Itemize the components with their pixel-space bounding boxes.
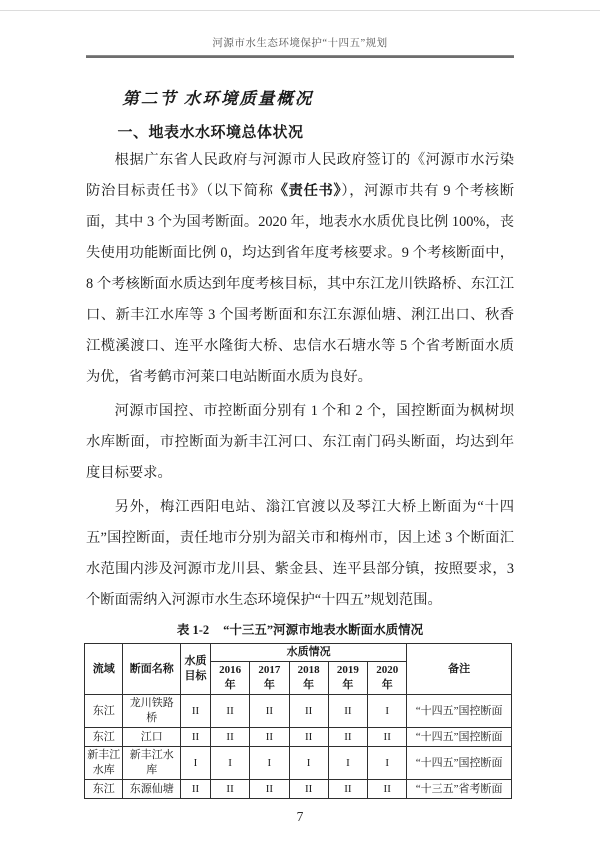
body-text: 根据广东省人民政府与河源市人民政府签订的《河源市水污染防治目标责任书》（以下简称… bbox=[86, 145, 514, 616]
cell-2017: II bbox=[250, 728, 289, 747]
cell-target: II bbox=[181, 695, 211, 728]
table-caption-title: “十三五”河源市地表水断面水质情况 bbox=[223, 623, 423, 637]
cell-basin: 东江 bbox=[85, 695, 123, 728]
section-heading: 第二节 水环境质量概况 bbox=[86, 87, 514, 110]
page-header: 河源市水生态环境保护“十四五”规划 bbox=[86, 0, 514, 58]
col-header-remark: 备注 bbox=[407, 644, 512, 695]
cell-2016: II bbox=[210, 780, 249, 799]
cell-2019: II bbox=[328, 780, 367, 799]
cell-2020: II bbox=[368, 780, 407, 799]
cell-2018: II bbox=[289, 695, 328, 728]
col-header-year-2019: 2019 年 bbox=[328, 662, 367, 695]
header-rule bbox=[86, 55, 514, 58]
cell-remark: “十四五”国控断面 bbox=[407, 728, 512, 747]
paragraph-3: 另外，梅江西阳电站、滃江官渡以及琴江大桥上断面为“十四五”国控断面，责任地市分别… bbox=[86, 492, 514, 616]
page-number: 7 bbox=[86, 808, 514, 826]
cell-remark: “十四五”国控断面 bbox=[407, 747, 512, 780]
water-quality-table: 流域 断面名称 水质目标 水质情况 备注 2016 年 2017 年 2018 … bbox=[84, 643, 512, 799]
cell-2019: II bbox=[328, 728, 367, 747]
cell-remark: “十三五”省考断面 bbox=[407, 780, 512, 799]
cell-2020: I bbox=[368, 747, 407, 780]
cell-target: I bbox=[181, 747, 211, 780]
table-header-row-1: 流域 断面名称 水质目标 水质情况 备注 bbox=[85, 644, 512, 662]
paragraph-1-bold-term: 《责任书》 bbox=[274, 183, 342, 199]
col-header-target: 水质目标 bbox=[181, 644, 211, 695]
running-header-title: 河源市水生态环境保护“十四五”规划 bbox=[86, 37, 514, 51]
cell-2017: II bbox=[250, 780, 289, 799]
table-row: 东江 龙川铁路桥 II II II II II I “十四五”国控断面 bbox=[85, 695, 512, 728]
table-caption: 表 1-2“十三五”河源市地表水断面水质情况 bbox=[86, 622, 514, 639]
cell-basin: 东江 bbox=[85, 728, 123, 747]
cell-2018: II bbox=[289, 780, 328, 799]
cell-section: 新丰江水库 bbox=[123, 747, 181, 780]
col-header-section-name: 断面名称 bbox=[123, 644, 181, 695]
cell-2020: I bbox=[368, 695, 407, 728]
col-header-year-2020: 2020 年 bbox=[368, 662, 407, 695]
cell-2018: II bbox=[289, 728, 328, 747]
page-top-edge bbox=[0, 10, 600, 11]
table-row: 新丰江水库 新丰江水库 I I I I I I “十四五”国控断面 bbox=[85, 747, 512, 780]
cell-basin: 东江 bbox=[85, 780, 123, 799]
cell-2018: I bbox=[289, 747, 328, 780]
cell-2016: II bbox=[210, 728, 249, 747]
cell-section: 江口 bbox=[123, 728, 181, 747]
col-header-year-2018: 2018 年 bbox=[289, 662, 328, 695]
cell-2017: I bbox=[250, 747, 289, 780]
paragraph-1-text-after: ），河源市共有 9 个考核断面，其中 3 个为国考断面。2020 年，地表水水质… bbox=[86, 183, 514, 385]
cell-section: 东源仙塘 bbox=[123, 780, 181, 799]
cell-2019: II bbox=[328, 695, 367, 728]
col-header-year-2016: 2016 年 bbox=[210, 662, 249, 695]
cell-2016: I bbox=[210, 747, 249, 780]
cell-target: II bbox=[181, 780, 211, 799]
cell-2020: II bbox=[368, 728, 407, 747]
cell-2019: I bbox=[328, 747, 367, 780]
table-row: 东江 江口 II II II II II II “十四五”国控断面 bbox=[85, 728, 512, 747]
subsection-heading: 一、地表水水环境总体状况 bbox=[86, 122, 514, 143]
cell-remark: “十四五”国控断面 bbox=[407, 695, 512, 728]
table-caption-label: 表 1-2 bbox=[177, 623, 209, 637]
col-header-year-2017: 2017 年 bbox=[250, 662, 289, 695]
paragraph-1: 根据广东省人民政府与河源市人民政府签订的《河源市水污染防治目标责任书》（以下简称… bbox=[86, 145, 514, 393]
document-page: 河源市水生态环境保护“十四五”规划 第二节 水环境质量概况 一、地表水水环境总体… bbox=[0, 0, 600, 848]
col-header-basin: 流域 bbox=[85, 644, 123, 695]
cell-section: 龙川铁路桥 bbox=[123, 695, 181, 728]
cell-basin: 新丰江水库 bbox=[85, 747, 123, 780]
table-row: 东江 东源仙塘 II II II II II II “十三五”省考断面 bbox=[85, 780, 512, 799]
cell-2016: II bbox=[210, 695, 249, 728]
cell-target: II bbox=[181, 728, 211, 747]
paragraph-2: 河源市国控、市控断面分别有 1 个和 2 个，国控断面为枫树坝水库断面，市控断面… bbox=[86, 396, 514, 489]
col-header-status: 水质情况 bbox=[210, 644, 406, 662]
cell-2017: II bbox=[250, 695, 289, 728]
